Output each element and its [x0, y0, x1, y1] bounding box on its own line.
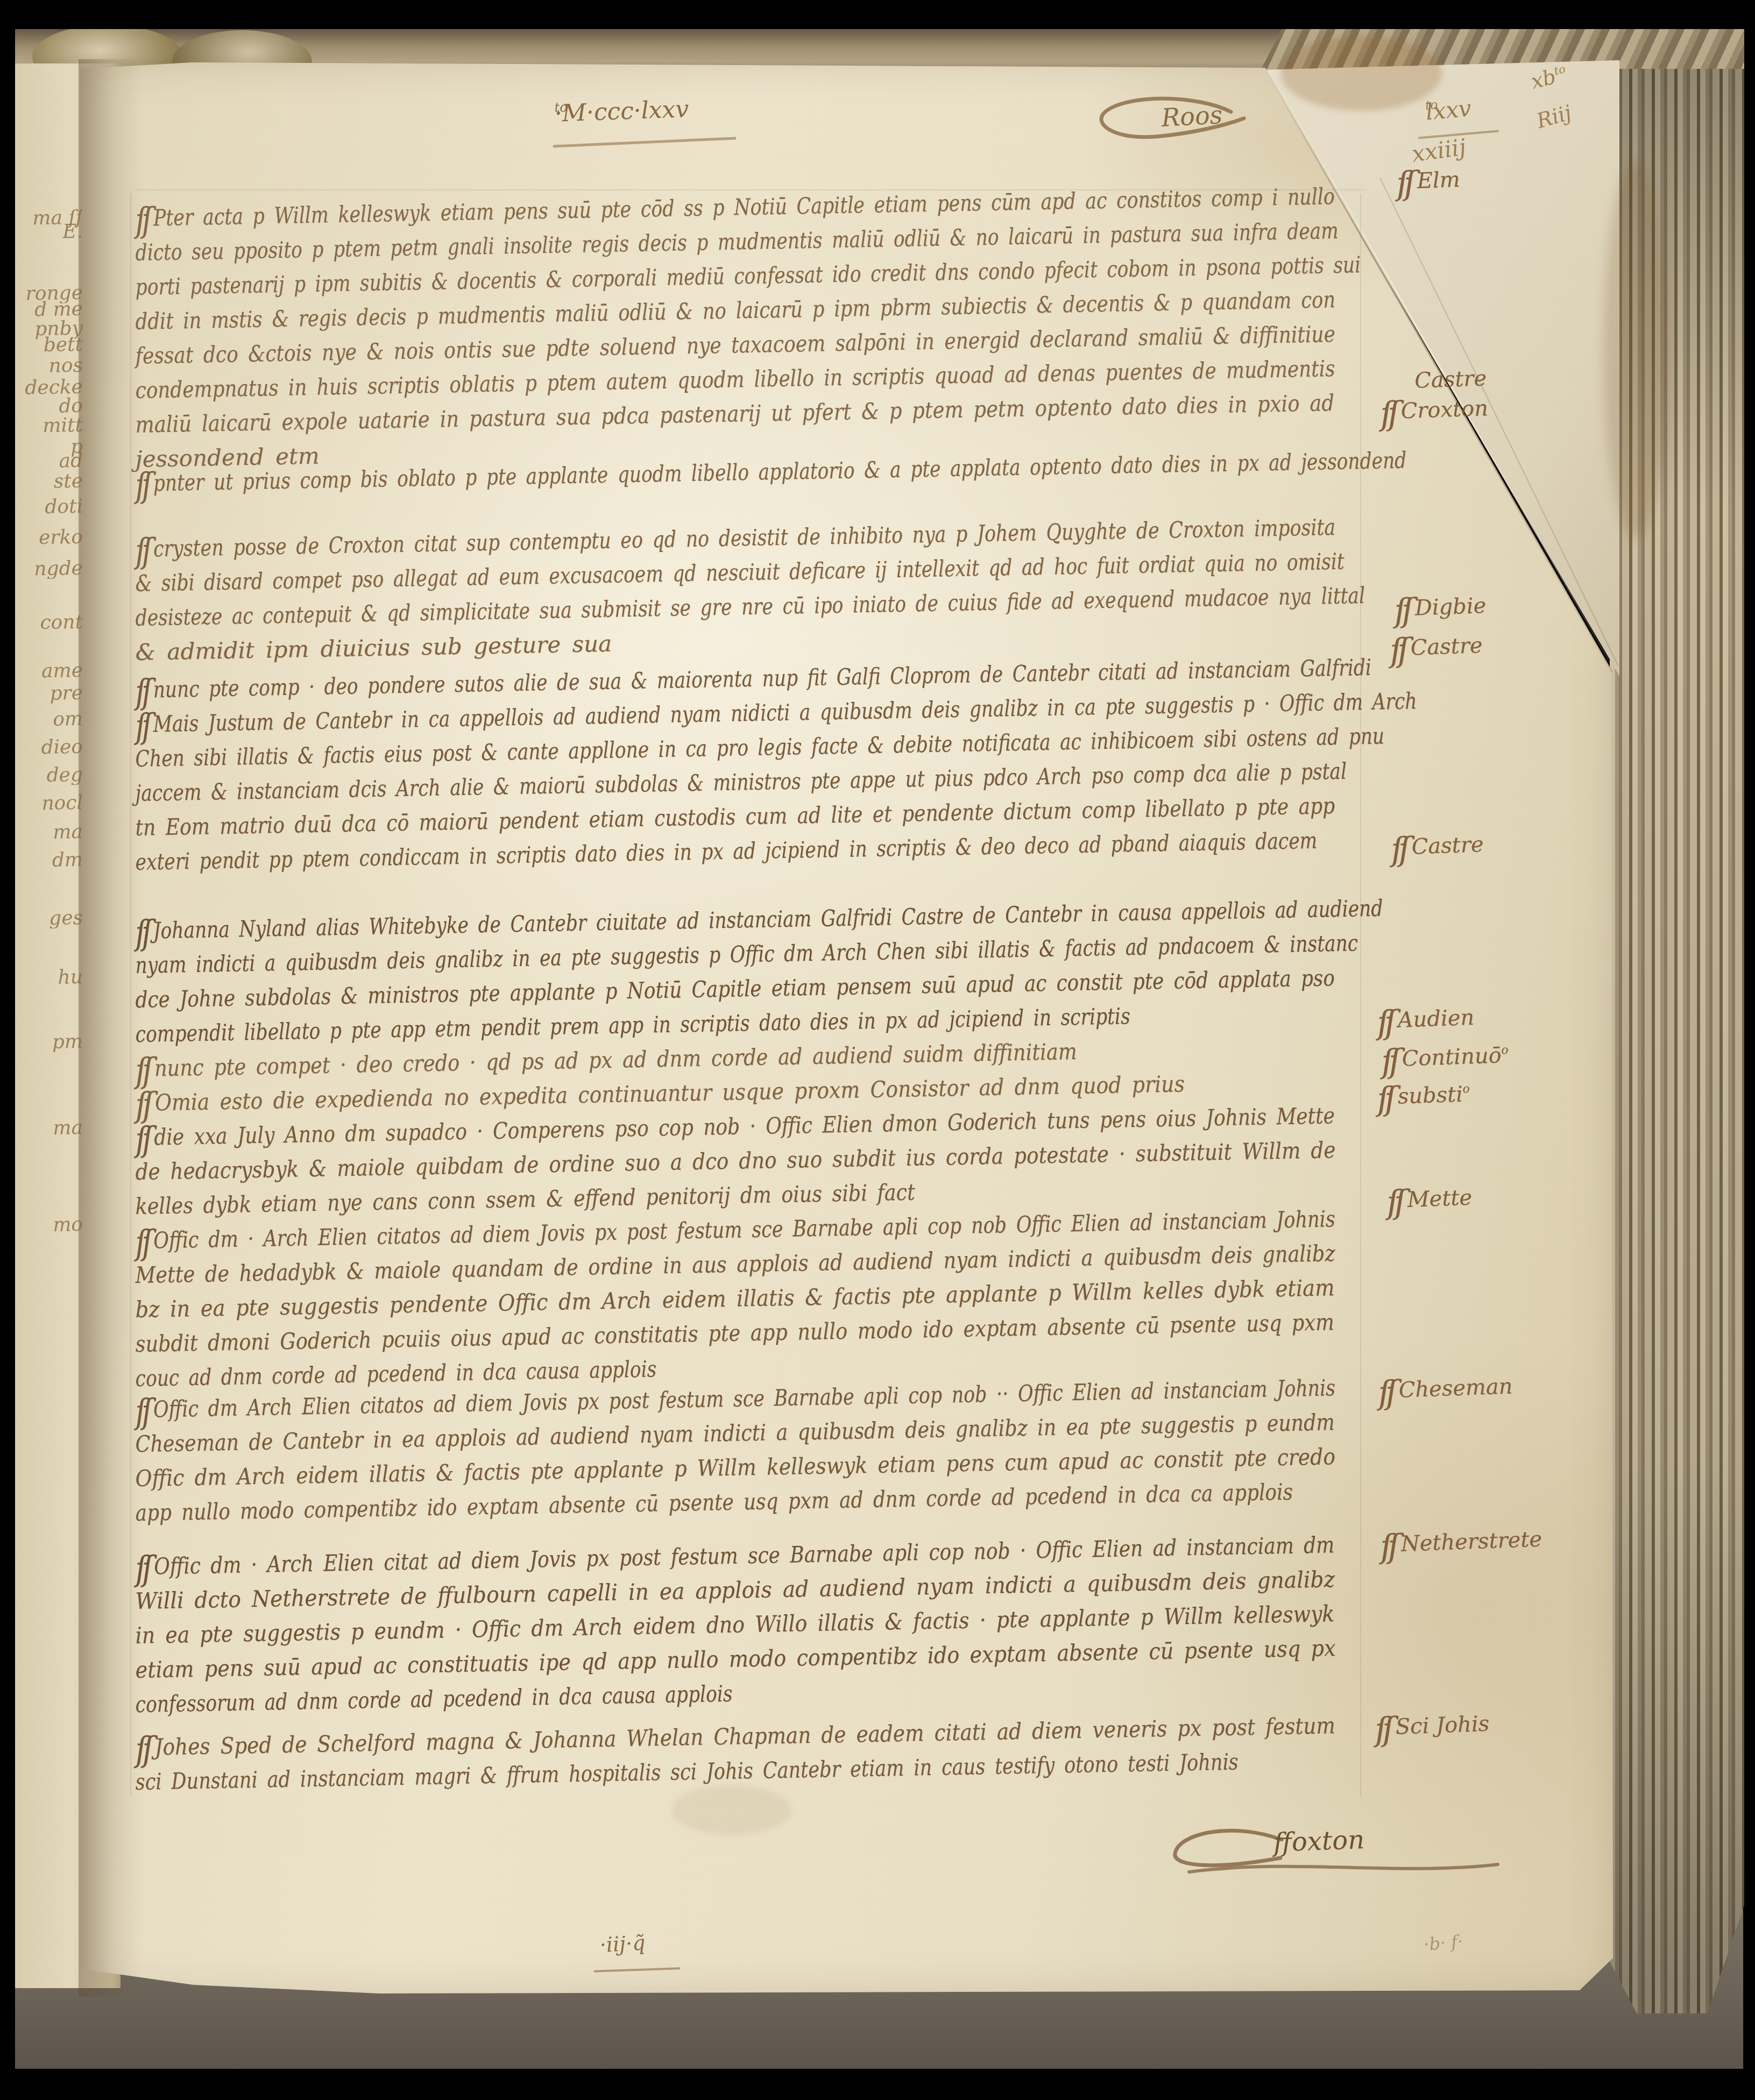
photo-border — [1744, 0, 1755, 2100]
superscript-abbreviation: to — [1553, 63, 1566, 77]
photo-border — [0, 0, 1755, 29]
ink-mark: ·b· f· — [1423, 1931, 1464, 1955]
under-folio-marks: xbtoRiij — [0, 0, 1755, 2100]
manuscript-photo: ·M·ccc·lxxvto· Roos lxxvto xxiiij ſſPter… — [0, 0, 1755, 2100]
quire-signature: ·iij·q̃ — [599, 1931, 646, 1957]
scribe-signature: ffoxton — [1273, 1825, 1365, 1858]
photo-border — [0, 0, 15, 2100]
under-folio-mark: Riij — [1534, 102, 1574, 131]
photo-border — [0, 2069, 1755, 2100]
under-folio-mark: xbto — [1529, 66, 1558, 92]
